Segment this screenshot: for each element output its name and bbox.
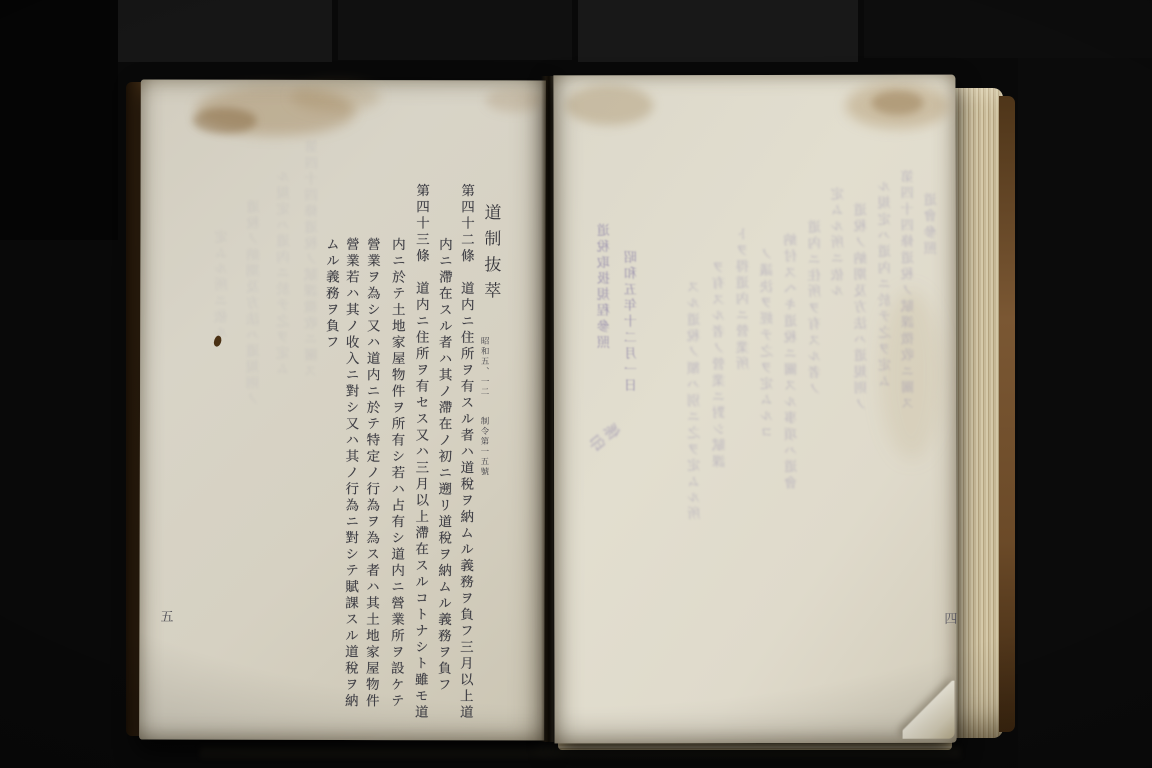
bleedthrough-column: ノ議決ヲ經テ之ヲ定ムルコ [762, 247, 775, 441]
book-cover-right-edge [999, 96, 1015, 732]
bleedthrough-column: 道會參照 [926, 193, 939, 258]
foxing-stain [871, 91, 923, 115]
bleedthrough-column: ル規定ハ道內ニ於テ之ヲ定ム [278, 170, 292, 378]
bleedthrough-column: スル道稅ノ額ハ別ニ之ヲ定ムル所 [689, 280, 702, 523]
bleedthrough-column: 道內ニ住所ヲ有スル者ノ [810, 220, 823, 398]
document-title: 道制抜萃 [481, 203, 498, 307]
text-column: 内ニ滯在スル者ハ其ノ滯在ノ初ニ遡リ道稅ヲ納ムル義務ヲ負フ [435, 237, 450, 693]
page-number-left: 五 [158, 610, 171, 623]
foxing-stain [193, 108, 257, 134]
foxing-stain [486, 88, 544, 112]
book: 第四十四條道稅ノ賦課徵收ニ關ス ル規定ハ道內ニ於テ之ヲ定ム 道稅ノ納期及方法ハ道… [0, 0, 1152, 768]
foxing-stain [291, 82, 381, 112]
bleedthrough-column: 道稅ノ納期及方法ハ道規則ノ [248, 200, 262, 408]
right-page: 道會參照 第四十四條道稅ノ賦課徵收ニ關ス ル規定ハ道內ニ於テ之ヲ定ム 道稅ノ納期… [553, 75, 956, 744]
photo-canvas: 第四十四條道稅ノ賦課徵收ニ關ス ル規定ハ道內ニ於テ之ヲ定ム 道稅ノ納期及方法ハ道… [0, 0, 1152, 768]
bleedthrough-column: 第四十四條道稅ノ賦課徵收ニ關ス [903, 170, 916, 413]
bleedthrough-column: 納付スヘキ道稅ニ關スル事項ハ道會 [786, 233, 799, 492]
text-column-article-42: 第四十二條 道内ニ住所ヲ有スル者ハ道稅ヲ納ムル義務ヲ負フ三月以上道 [457, 183, 472, 721]
left-page: 第四十四條道稅ノ賦課徵收ニ關ス ル規定ハ道內ニ於テ之ヲ定ム 道稅ノ納期及方法ハ道… [139, 79, 546, 740]
text-column: 内ニ於テ土地家屋物件ヲ所有シ若ハ占有シ道内ニ營業所ヲ設ケテ [388, 237, 403, 710]
page-number-right: 四 [942, 612, 955, 625]
bleedthrough-column: 第四十四條道稅ノ賦課徵收ニ關ス [306, 140, 320, 380]
text-column-article-43: 第四十三條 道内ニ住所ヲ有セス又ハ三月以上滯在スルコトナシト雖モ道 [412, 183, 427, 721]
annotation-date: 昭和五、一二 [480, 336, 489, 397]
text-column: 營業ヲ為シ又ハ道内ニ於テ特定ノ行為ヲ為ス者ハ其土地家屋物件 [363, 237, 378, 710]
bleedthrough-column: ヲ有スル者ノ營業ニ對シ賦課 [714, 260, 727, 471]
bleedthrough-column: ル規定ハ道內ニ於テ之ヲ定ム [880, 180, 893, 391]
bleedthrough-column-dark: 道稅取扱規程參照 [599, 223, 612, 351]
bleedthrough-column: トヲ得道內ニ營業所 [738, 227, 751, 373]
bleedthrough-column: 道稅ノ納期及方法ハ道規則ノ [856, 203, 869, 414]
page-stack-edges [951, 88, 1003, 738]
annotation-ordinance-number: 制令第一五號 [479, 416, 488, 477]
ordinance-annotation: 昭和五、一二 制令第一五號 [476, 336, 492, 476]
bleedthrough-column: 定ムル所ニ依ル [216, 230, 229, 342]
bleedthrough-scribble: 係印 [584, 422, 623, 457]
foxing-stain [565, 85, 653, 125]
lifted-page-corner [902, 681, 954, 739]
text-column: 營業若ハ其ノ收入ニ對シ又ハ其ノ行為ニ對シテ賦課スル道稅ヲ納 [342, 237, 357, 710]
bleedthrough-column-dark: 昭和五年十二月一日 [626, 250, 639, 394]
text-column: ムル義務ヲ負フ [323, 237, 337, 351]
bleedthrough-column: 定ムル所ニ依ル [833, 187, 846, 300]
